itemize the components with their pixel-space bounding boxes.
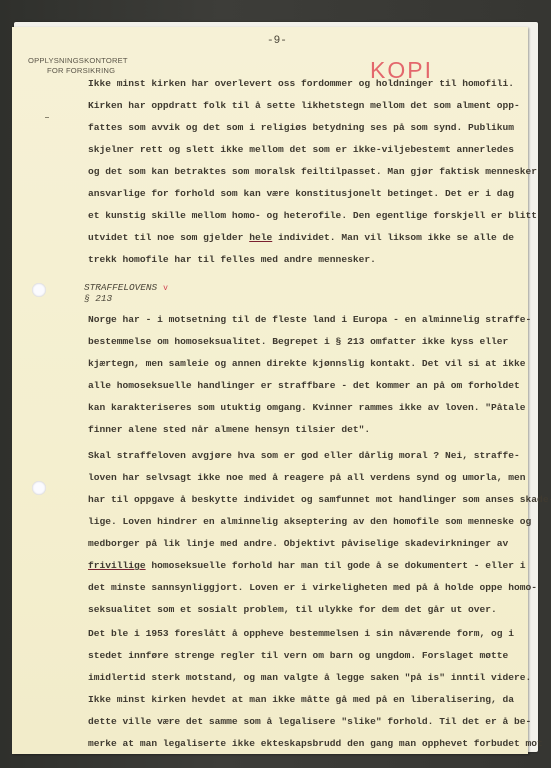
text-line: utvidet til noe som gjelder hele individ… [88,227,528,249]
document-page: -9- OPPLYSNINGSKONTORET FOR FORSIKRING K… [12,27,528,754]
paragraph-4: Det ble i 1953 foreslått å oppheve beste… [88,623,528,755]
text-line: fattes som avvik og det som i religiøs b… [88,117,528,139]
text-line: merke at man legaliserte ikke ekteskapsb… [88,733,528,755]
text-line: lige. Loven hindrer en alminnelig aksept… [88,511,528,533]
text-line: Ikke minst kirken hevdet at man ikke måt… [88,689,528,711]
punch-hole-top [32,283,46,297]
text-line: loven har selvsagt ikke noe med å reager… [88,467,528,489]
text-line: ansvarlige for forhold som kan være kons… [88,183,528,205]
text-line: skjelner rett og slett ikke mellom det s… [88,139,528,161]
text-line: frivillige homoseksuelle forhold har man… [88,555,528,577]
letterhead-line-1: OPPLYSNINGSKONTORET [28,56,128,66]
text-line: imidlertid sterk motstand, og man valgte… [88,667,528,689]
section-heading: STRAFFELOVENSv § 213 [84,283,168,304]
text-line: bestemmelse om homoseksualitet. Begrepet… [88,331,528,353]
text-line: dette ville være det samme som å legalis… [88,711,528,733]
text-segment: utvidet til noe som gjelder [88,232,249,243]
text-line: alle homoseksuelle handlinger er straffb… [88,375,528,397]
punch-hole-bottom [32,481,46,495]
paragraph-2: Norge har - i motsetning til de fleste l… [88,309,528,441]
text-line: stedet innføre strenge regler til vern o… [88,645,528,667]
heading-line-2: § 213 [84,294,168,304]
text-line: kan karakteriseres som utuktig omgang. K… [88,397,528,419]
text-line: det minste sannsynliggjort. Loven er i v… [88,577,528,599]
text-segment: individet. Man vil liksom ikke se alle d… [272,232,514,243]
text-line: trekk homofile har til felles med andre … [88,249,528,271]
paragraph-3: Skal straffeloven avgjøre hva som er god… [88,445,528,621]
text-line: Skal straffeloven avgjøre hva som er god… [88,445,528,467]
underlined-word: hele [249,232,272,243]
text-line: Det ble i 1953 foreslått å oppheve beste… [88,623,528,645]
text-line: kjærtegn, men samleie og annen direkte k… [88,353,528,375]
page-number: -9- [267,35,287,47]
paragraph-1: Ikke minst kirken har overlevert oss for… [88,73,528,271]
text-segment: homoseksuelle forhold har man til gode å… [146,560,526,571]
text-line: medborger på lik linje med andre. Objekt… [88,533,528,555]
text-line: har til oppgave å beskytte individet og … [88,489,528,511]
text-line: Kirken har oppdratt folk til å sette lik… [88,95,528,117]
text-line: Norge har - i motsetning til de fleste l… [88,309,528,331]
text-line: og det som kan betraktes som moralsk fei… [88,161,528,183]
text-line: finner alene sted når almene hensyn tils… [88,419,528,441]
text-line: Ikke minst kirken har overlevert oss for… [88,73,528,95]
underlined-word: frivillige [88,560,146,571]
margin-dash [45,117,49,118]
text-line: et kunstig skille mellom homo- og hetero… [88,205,528,227]
margin-check-mark: v [163,284,168,293]
heading-line-1: STRAFFELOVENS [84,282,157,293]
text-line: seksualitet som et sosialt problem, til … [88,599,528,621]
